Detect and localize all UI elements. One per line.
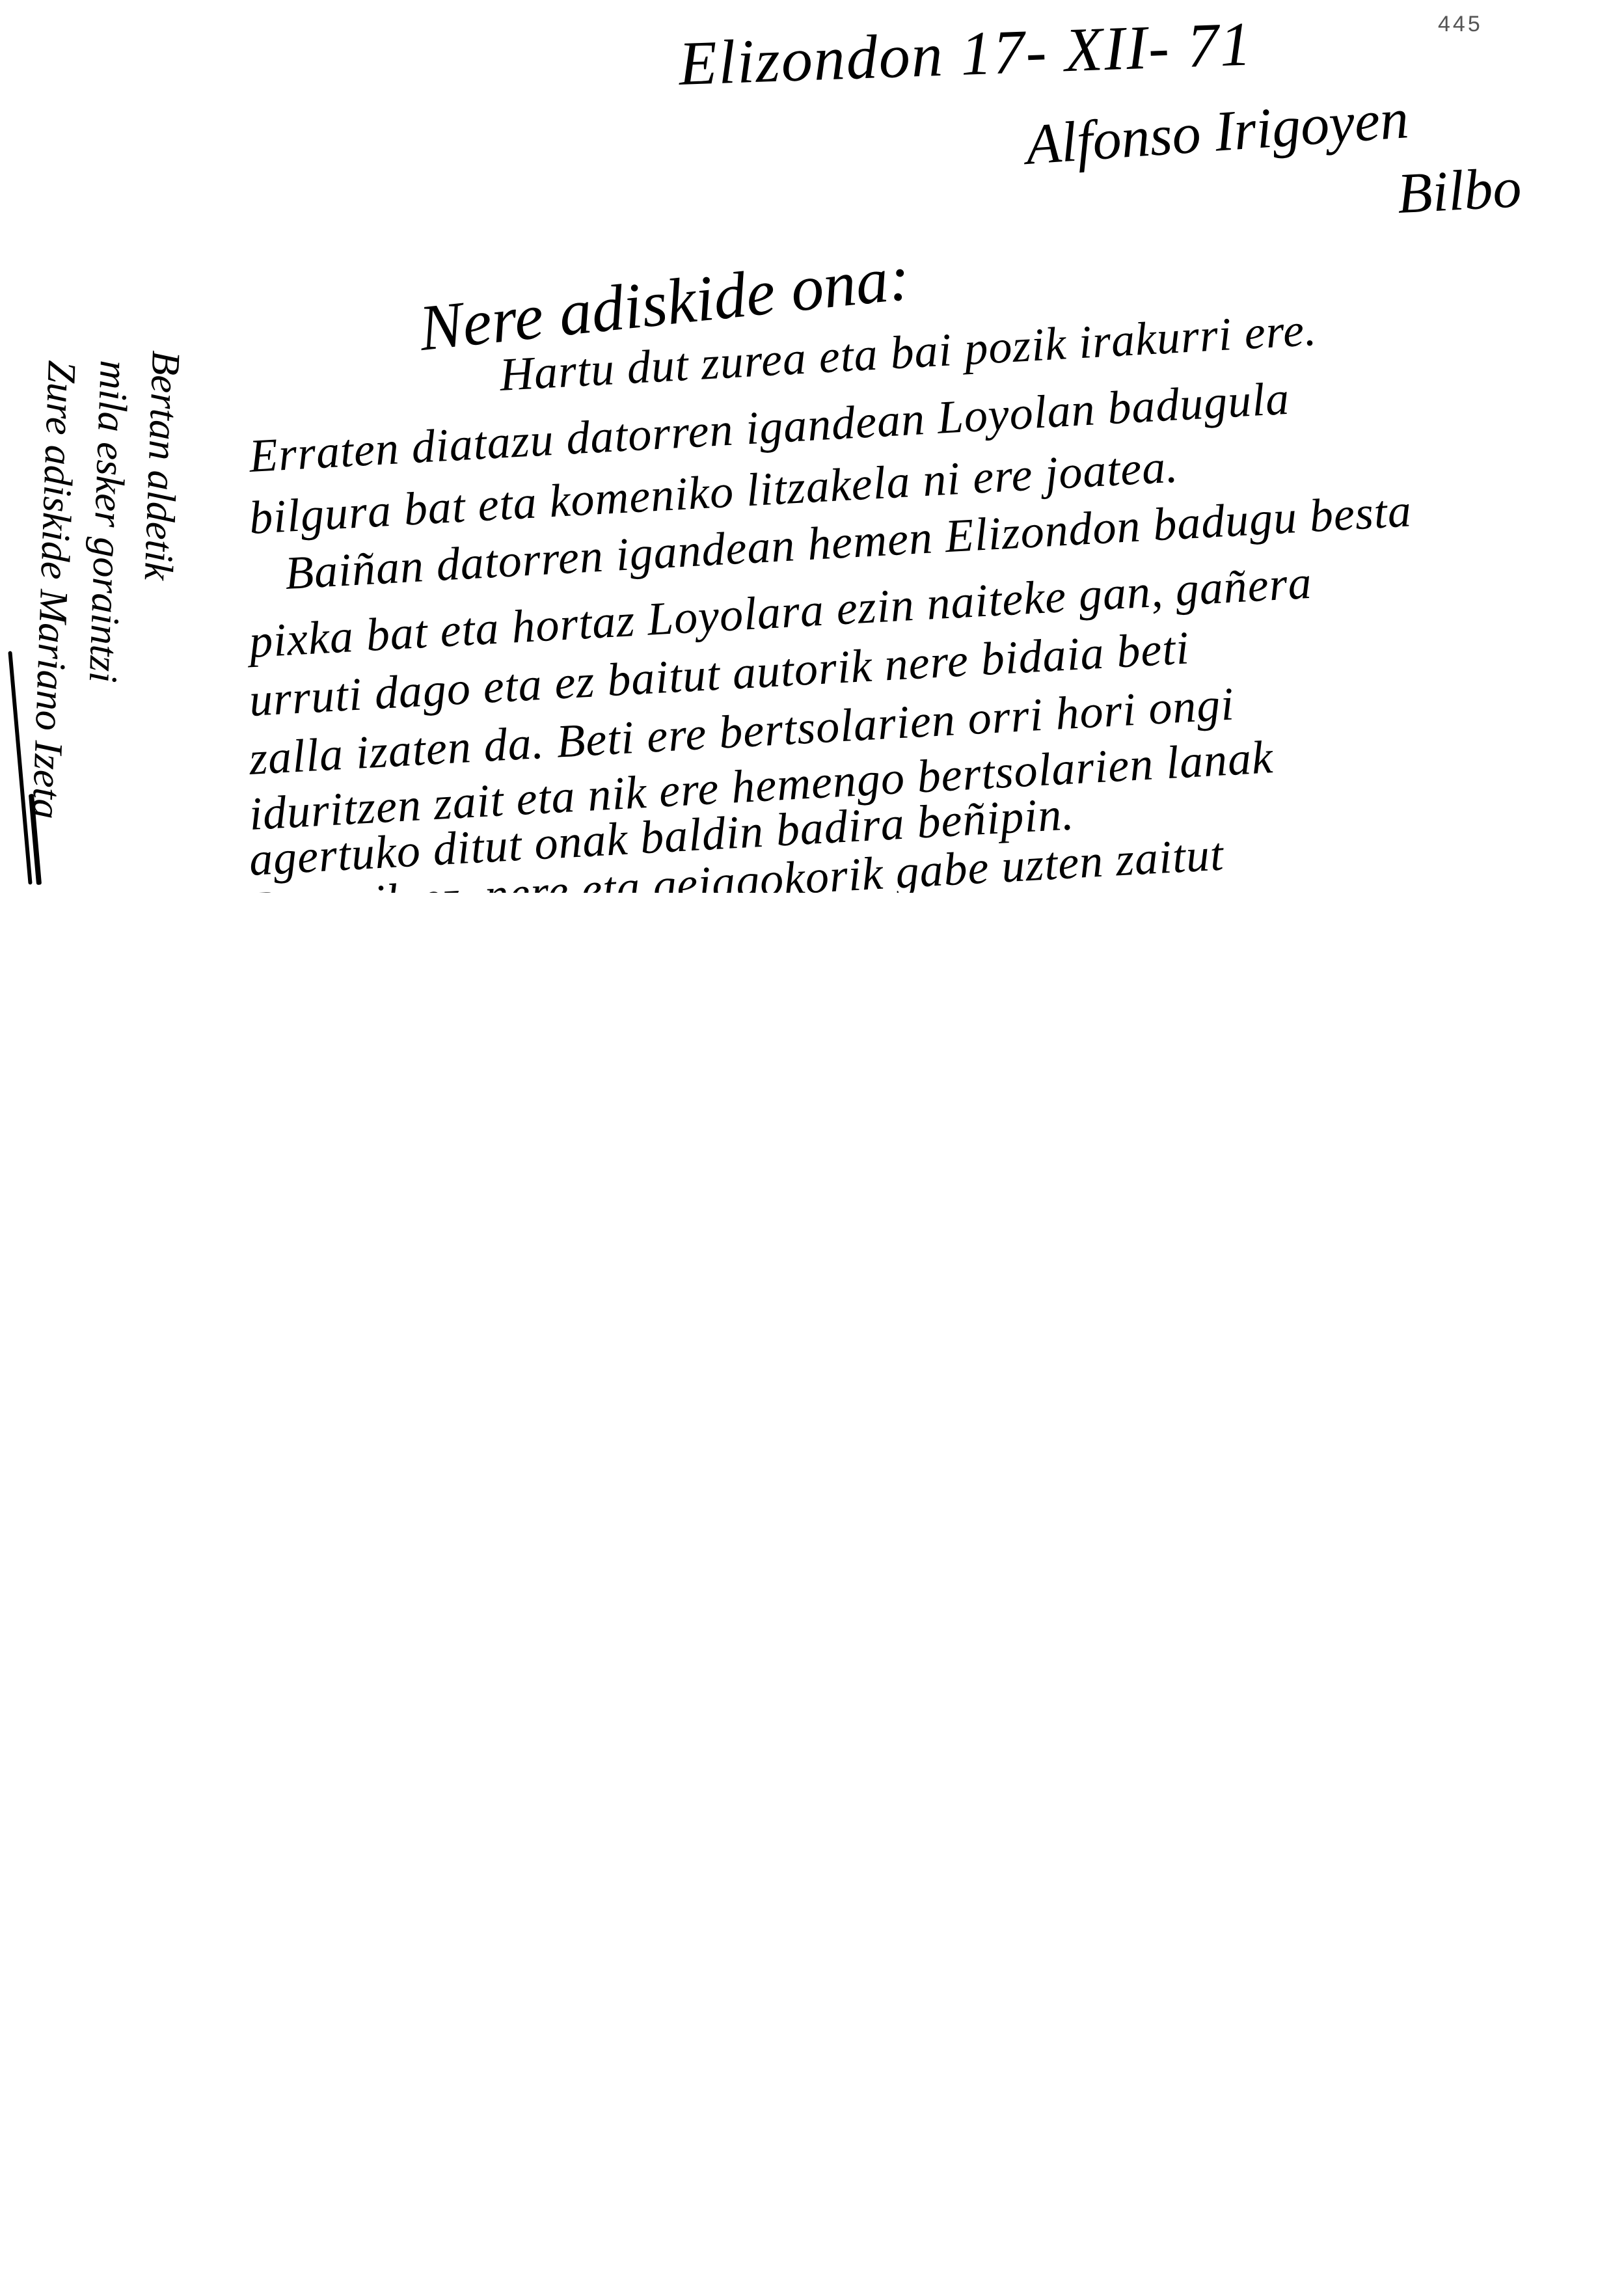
margin-line: Zure adiskide Mariano Izeta	[22, 360, 85, 821]
margin-line: Bertan aldetik	[135, 350, 189, 581]
margin-postscript: Bertan aldetik mila esker goraintzi Zure…	[0, 0, 234, 911]
letter-page: 445 Elizondon 17- XII- 71 Alfonso Irigoy…	[0, 0, 1624, 2282]
margin-line: mila esker goraintzi	[79, 360, 137, 684]
letter-body: Hartu dut zurea eta bai pozik irakurri e…	[0, 0, 1624, 893]
blank-page-area	[0, 893, 1624, 2282]
